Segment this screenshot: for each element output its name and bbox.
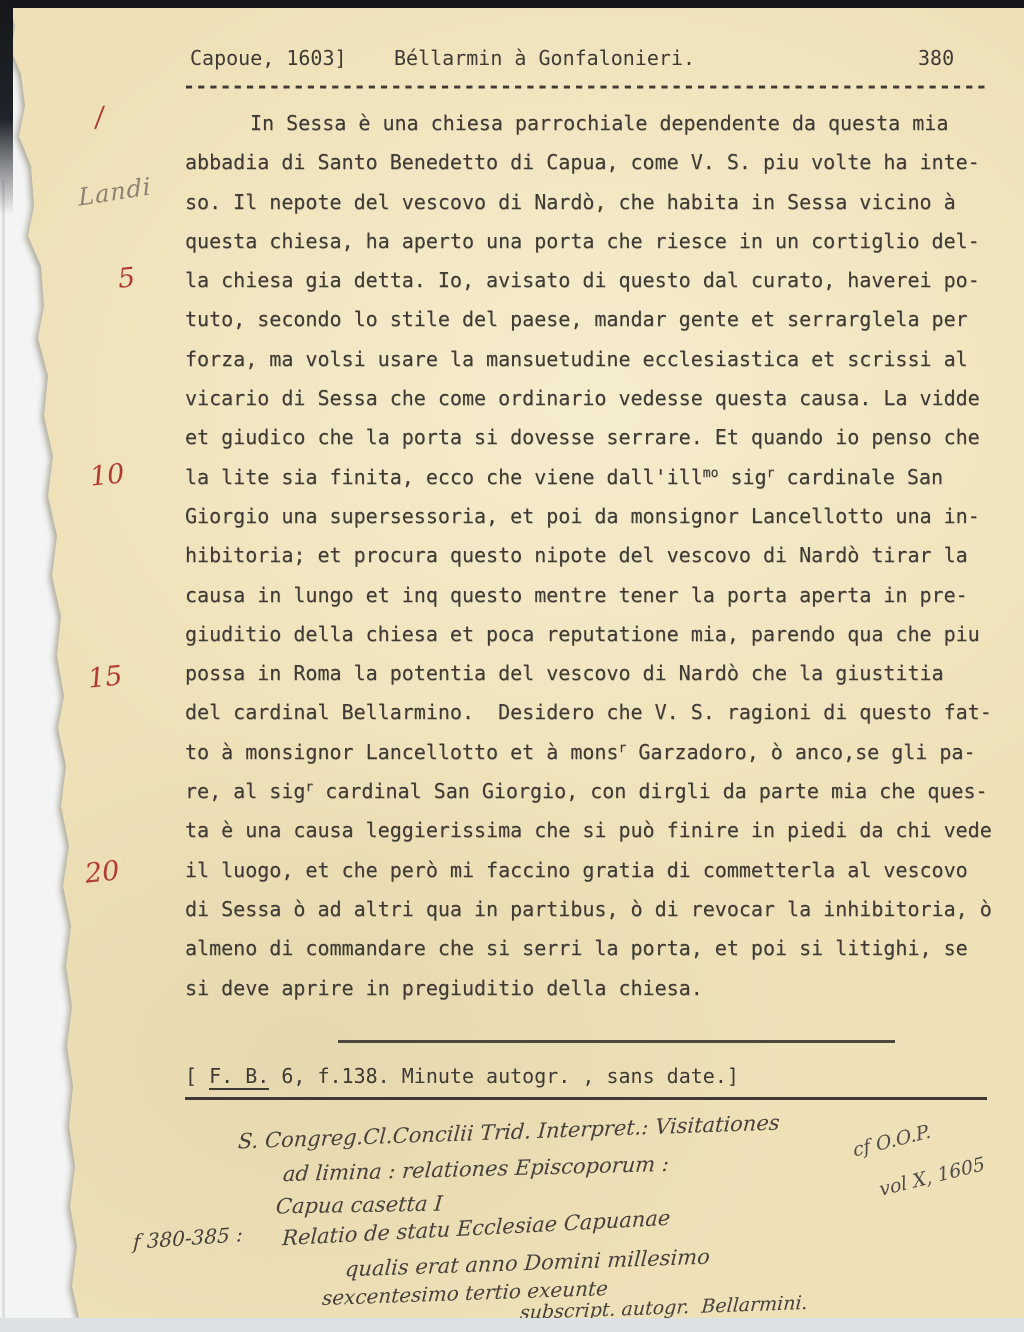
text-line: la lite sia finita, ecco che viene dall'…	[185, 462, 997, 501]
handwritten-note-line: S. Congreg.Cl.Concilii Trid. Interpret.:…	[237, 1111, 780, 1154]
text-line: to à monsignor Lancellotto et à monsr Ga…	[185, 737, 997, 776]
text-line: hibitoria; et procura questo nipote del …	[185, 540, 997, 579]
archive-reference-line: [ F. B. 6, f.138. Minute autogr. , sans …	[185, 1064, 987, 1100]
text-line: possa in Roma la potentia del vescovo di…	[185, 658, 997, 697]
text-line: et giudico che la porta si dovesse serra…	[185, 422, 997, 461]
margin-pencil-annotation: Landi	[78, 172, 152, 212]
footer-bracket-open: [	[185, 1064, 209, 1090]
text-line: almeno di commandare che si serri la por…	[185, 933, 997, 972]
margin-line-number: 20	[83, 855, 120, 889]
margin-line-number: 10	[88, 458, 125, 492]
header-place-date: Capoue, 1603]	[190, 46, 347, 70]
body-text: In Sessa è una chiesa parrochiale depend…	[185, 108, 997, 1012]
handwritten-note-line: ad limina : relationes Episcoporum :	[282, 1152, 670, 1186]
text-line: il luogo, et che però mi faccino gratia …	[185, 855, 997, 894]
text-line: la chiesa gia detta. Io, avisato di ques…	[185, 265, 997, 304]
text-line: di Sessa ò ad altri qua in partibus, ò d…	[185, 894, 997, 933]
margin-line-number: 5	[116, 262, 136, 295]
margin-line-number: 15	[86, 660, 123, 694]
margin-line-number: /	[93, 102, 105, 134]
handwritten-note-line: qualis erat anno Domini millesimo	[344, 1245, 710, 1282]
text-line: Giorgio una supersessoria, et poi da mon…	[185, 501, 997, 540]
dashed-separator: ----------------------------------------…	[183, 74, 993, 98]
handwritten-note-line: Capua casetta I	[275, 1192, 444, 1219]
pencil-side-note-line: cf O.O.P.	[851, 1120, 932, 1161]
text-end-rule	[338, 1040, 895, 1043]
text-line: so. Il nepote del vescovo di Nardò, che …	[185, 187, 997, 226]
text-line: In Sessa è una chiesa parrochiale depend…	[185, 108, 997, 147]
text-line: ta è una causa leggierissima che si può …	[185, 815, 997, 854]
text-line: del cardinal Bellarmino. Desidero che V.…	[185, 697, 997, 736]
footer-reference-text: 6, f.138. Minute autogr. , sans date.]	[269, 1064, 739, 1090]
footer-fondo-abbr: F. B.	[209, 1064, 269, 1090]
text-line: causa in lungo et inq questo mentre tene…	[185, 580, 997, 619]
scan-top-edge	[0, 0, 1024, 8]
paper-page: Capoue, 1603] Béllarmin à Gonfalonieri. …	[0, 8, 1024, 1318]
pencil-side-note-line: vol X, 1605	[878, 1153, 987, 1201]
scan-left-dark-edge	[0, 0, 13, 215]
text-line: abbadia di Santo Benedetto di Capua, com…	[185, 147, 997, 186]
text-line: si deve aprire in pregiuditio della chie…	[185, 973, 997, 1012]
text-line: tuto, secondo lo stile del paese, mandar…	[185, 304, 997, 343]
text-line: forza, ma volsi usare la mansuetudine ec…	[185, 344, 997, 383]
scan-bottom-edge	[0, 1318, 1024, 1332]
header-title: Béllarmin à Gonfalonieri.	[394, 46, 695, 70]
text-line: questa chiesa, ha aperto una porta che r…	[185, 226, 997, 265]
scanned-document-page: { "page": { "header": { "left": "Capoue,…	[0, 0, 1024, 1332]
text-line: vicario di Sessa che come ordinario vede…	[185, 383, 997, 422]
header-page-number: 380	[918, 46, 954, 70]
handwritten-folio-range: f 380-385 :	[133, 1222, 244, 1254]
text-line: re, al sigr cardinal San Giorgio, con di…	[185, 776, 997, 815]
text-line: giuditio della chiesa et poca reputation…	[185, 619, 997, 658]
page-shadow-wrapper: Capoue, 1603] Béllarmin à Gonfalonieri. …	[0, 0, 1024, 1332]
